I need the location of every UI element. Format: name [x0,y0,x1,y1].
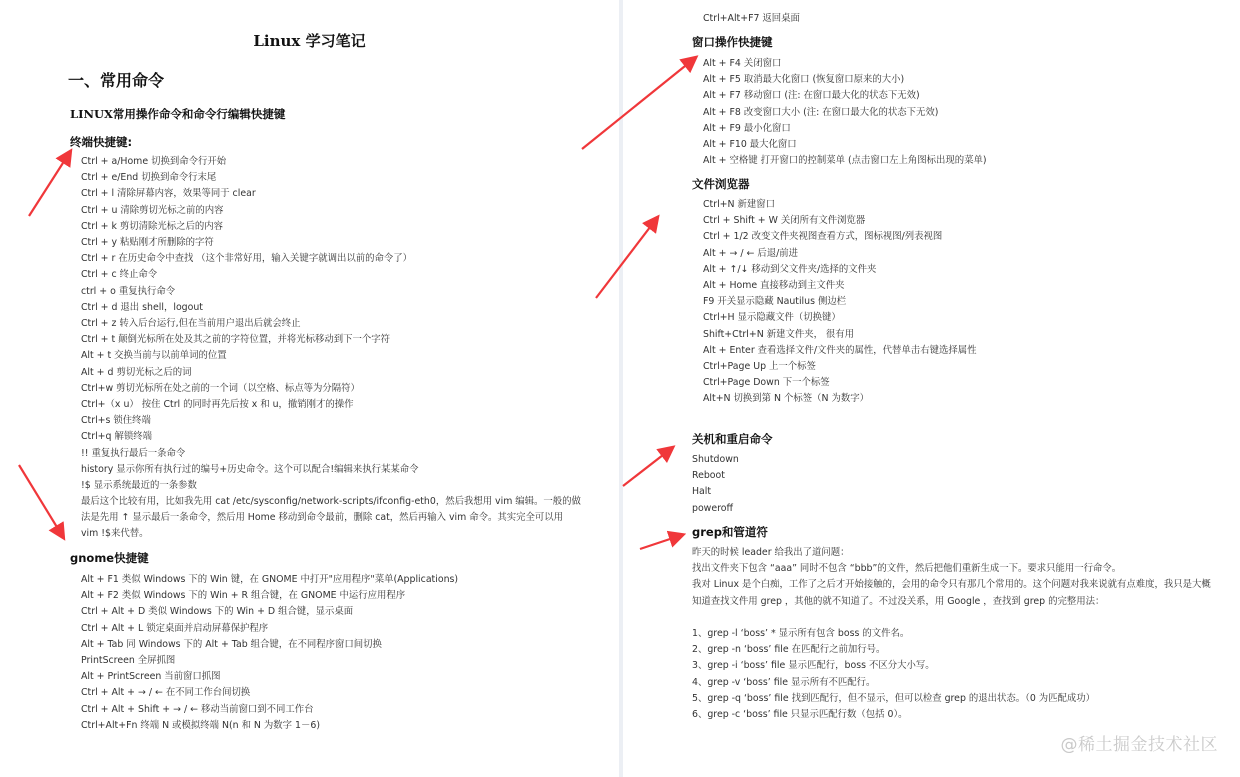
shutdown-commands-list: Shutdown Reboot Halt poweroff [692,452,739,517]
list-item: 1、grep -l ‘boss’ * 显示所有包含 boss 的文件名。 [692,626,1095,642]
subtitle-heading: LINUX常用操作命令和命令行编辑快捷键 [70,106,285,122]
document-page-left: Linux 学习笔记 一、常用命令 LINUX常用操作命令和命令行编辑快捷键 终… [0,0,619,777]
list-item: Alt + Enter 查看选择文件/文件夹的属性，代替单击右键选择属性 [703,343,976,359]
grep-heading: grep和管道符 [692,524,768,540]
list-item: Shutdown [692,452,739,468]
list-item: !! 重复执行最后一条命令 [81,446,418,462]
terminal-shortcuts-heading: 终端快捷键: [70,134,132,150]
list-item: Alt + F5 取消最大化窗口 (恢复窗口原来的大小) [703,72,987,88]
list-item: 2、grep -n ‘boss’ file 在匹配行之前加行号。 [692,642,1095,658]
list-item: Ctrl + e/End 切换到命令行末尾 [81,170,418,186]
shutdown-commands-heading: 关机和重启命令 [692,431,773,447]
list-item: Alt + d 剪切光标之后的词 [81,365,418,381]
list-item: Ctrl + u 清除剪切光标之前的内容 [81,203,418,219]
list-item: ctrl + o 重复执行命令 [81,284,418,300]
gnome-shortcuts-list: Alt + F1 类似 Windows 下的 Win 键，在 GNOME 中打开… [81,572,458,734]
list-item: 4、grep -v ‘boss’ file 显示所有不匹配行。 [692,675,1095,691]
grep-intro-line: 找出文件夹下包含 “aaa” 同时不包含 “bbb”的文件，然后把他们重新生成一… [692,561,1217,577]
list-item: Ctrl + Alt + L 锁定桌面并启动屏幕保护程序 [81,621,458,637]
file-browser-heading: 文件浏览器 [692,176,750,192]
gnome-shortcuts-heading: gnome快捷键 [70,550,149,566]
list-item: F9 开关显示隐藏 Nautilus 侧边栏 [703,294,976,310]
list-item: 5、grep -q ‘boss’ file 找到匹配行，但不显示，但可以检查 g… [692,691,1095,707]
list-item: Ctrl + Shift + W 关闭所有文件浏览器 [703,213,976,229]
list-item: !$ 显示系统最近的一条参数 [81,478,418,494]
list-item: Ctrl+Page Up 上一个标签 [703,359,976,375]
document-title: Linux 学习笔记 [0,30,619,51]
terminal-note-paragraph: 最后这个比较有用，比如我先用 cat /etc/sysconfig/networ… [81,494,581,543]
list-item: Reboot [692,468,739,484]
list-item: Ctrl + Alt + → / ← 在不同工作台间切换 [81,685,458,701]
section-heading: 一、常用命令 [68,68,164,91]
list-item: Halt [692,484,739,500]
list-item: 3、grep -i ‘boss’ file 显示匹配行，boss 不区分大小写。 [692,658,1095,674]
list-item: history 显示你所有执行过的编号+历史命令。这个可以配合!编辑来执行某某命… [81,462,418,478]
list-item: PrintScreen 全屏抓图 [81,653,458,669]
grep-usage-list: 1、grep -l ‘boss’ * 显示所有包含 boss 的文件名。 2、g… [692,626,1095,723]
list-item: Ctrl + d 退出 shell，logout [81,300,418,316]
list-item: Ctrl + 1/2 改变文件夹视图查看方式，图标视图/列表视图 [703,229,976,245]
list-item: Alt + 空格键 打开窗口的控制菜单 (点击窗口左上角图标出现的菜单) [703,153,987,169]
list-item: Ctrl + Alt + D 类似 Windows 下的 Win + D 组合键… [81,604,458,620]
list-item: Ctrl + a/Home 切换到命令行开始 [81,154,418,170]
list-item: Ctrl+（x u） 按住 Ctrl 的同时再先后按 x 和 u，撤销刚才的操作 [81,397,418,413]
list-item: Ctrl+H 显示隐藏文件（切换键） [703,310,976,326]
gnome-shortcuts-list-continued: Ctrl+Alt+F7 返回桌面 [703,11,800,27]
list-item: Alt + F7 移动窗口 (注: 在窗口最大化的状态下无效) [703,88,987,104]
list-item: Alt + PrintScreen 当前窗口抓图 [81,669,458,685]
list-item: Ctrl+Alt+F7 返回桌面 [703,11,800,27]
list-item: Ctrl + r 在历史命令中查找 （这个非常好用，输入关键字就调出以前的命令了… [81,251,418,267]
list-item: 6、grep -c ‘boss’ file 只显示匹配行数（包括 0）。 [692,707,1095,723]
list-item: Alt+N 切换到第 N 个标签（N 为数字） [703,391,976,407]
grep-intro-line: 我对 Linux 是个白痴，工作了之后才开始接触的，会用的命令只有那几个常用的。… [692,577,1217,609]
list-item: Ctrl+w 剪切光标所在处之前的一个词（以空格、标点等为分隔符） [81,381,418,397]
list-item: Ctrl + Alt + Shift + → / ← 移动当前窗口到不同工作台 [81,702,458,718]
list-item: Alt + F2 类似 Windows 下的 Win + R 组合键，在 GNO… [81,588,458,604]
window-shortcuts-list: Alt + F4 关闭窗口 Alt + F5 取消最大化窗口 (恢复窗口原来的大… [703,56,987,169]
list-item: Ctrl + t 颠倒光标所在处及其之前的字符位置，并将光标移动到下一个字符 [81,332,418,348]
terminal-shortcuts-list: Ctrl + a/Home 切换到命令行开始 Ctrl + e/End 切换到命… [81,154,418,494]
list-item: Ctrl+Alt+Fn 终端 N 或模拟终端 N(n 和 N 为数字 1－6) [81,718,458,734]
list-item: Ctrl+Page Down 下一个标签 [703,375,976,391]
list-item: Ctrl + l 清除屏幕内容，效果等同于 clear [81,186,418,202]
list-item: Alt + ↑/↓ 移动到父文件夹/选择的文件夹 [703,262,976,278]
list-item: Ctrl + c 终止命令 [81,267,418,283]
list-item: Alt + F4 关闭窗口 [703,56,987,72]
watermark: @稀土掘金技术社区 [1061,730,1219,755]
list-item: Alt + t 交换当前与以前单词的位置 [81,348,418,364]
list-item: Ctrl + z 转入后台运行,但在当前用户退出后就会终止 [81,316,418,332]
list-item: Alt + F1 类似 Windows 下的 Win 键，在 GNOME 中打开… [81,572,458,588]
list-item: Ctrl+N 新建窗口 [703,197,976,213]
list-item: Alt + F8 改变窗口大小 (注: 在窗口最大化的状态下无效) [703,105,987,121]
list-item: poweroff [692,501,739,517]
document-page-right: Ctrl+Alt+F7 返回桌面 窗口操作快捷键 Alt + F4 关闭窗口 A… [623,0,1240,777]
list-item: Ctrl+s 锁住终端 [81,413,418,429]
list-item: Alt + F9 最小化窗口 [703,121,987,137]
list-item: Alt + F10 最大化窗口 [703,137,987,153]
grep-intro: 昨天的时候 leader 给我出了道问题： 找出文件夹下包含 “aaa” 同时不… [692,545,1217,610]
list-item: Alt + → / ← 后退/前进 [703,246,976,262]
list-item: Ctrl + k 剪切清除光标之后的内容 [81,219,418,235]
file-browser-list: Ctrl+N 新建窗口 Ctrl + Shift + W 关闭所有文件浏览器 C… [703,197,976,408]
list-item: Alt + Tab 同 Windows 下的 Alt + Tab 组合键，在不同… [81,637,458,653]
window-shortcuts-heading: 窗口操作快捷键 [692,34,773,50]
list-item: Shift+Ctrl+N 新建文件夹， 很有用 [703,327,976,343]
grep-intro-line: 昨天的时候 leader 给我出了道问题： [692,545,1217,561]
list-item: Ctrl + y 粘贴刚才所删除的字符 [81,235,418,251]
list-item: Ctrl+q 解锁终端 [81,429,418,445]
list-item: Alt + Home 直接移动到主文件夹 [703,278,976,294]
